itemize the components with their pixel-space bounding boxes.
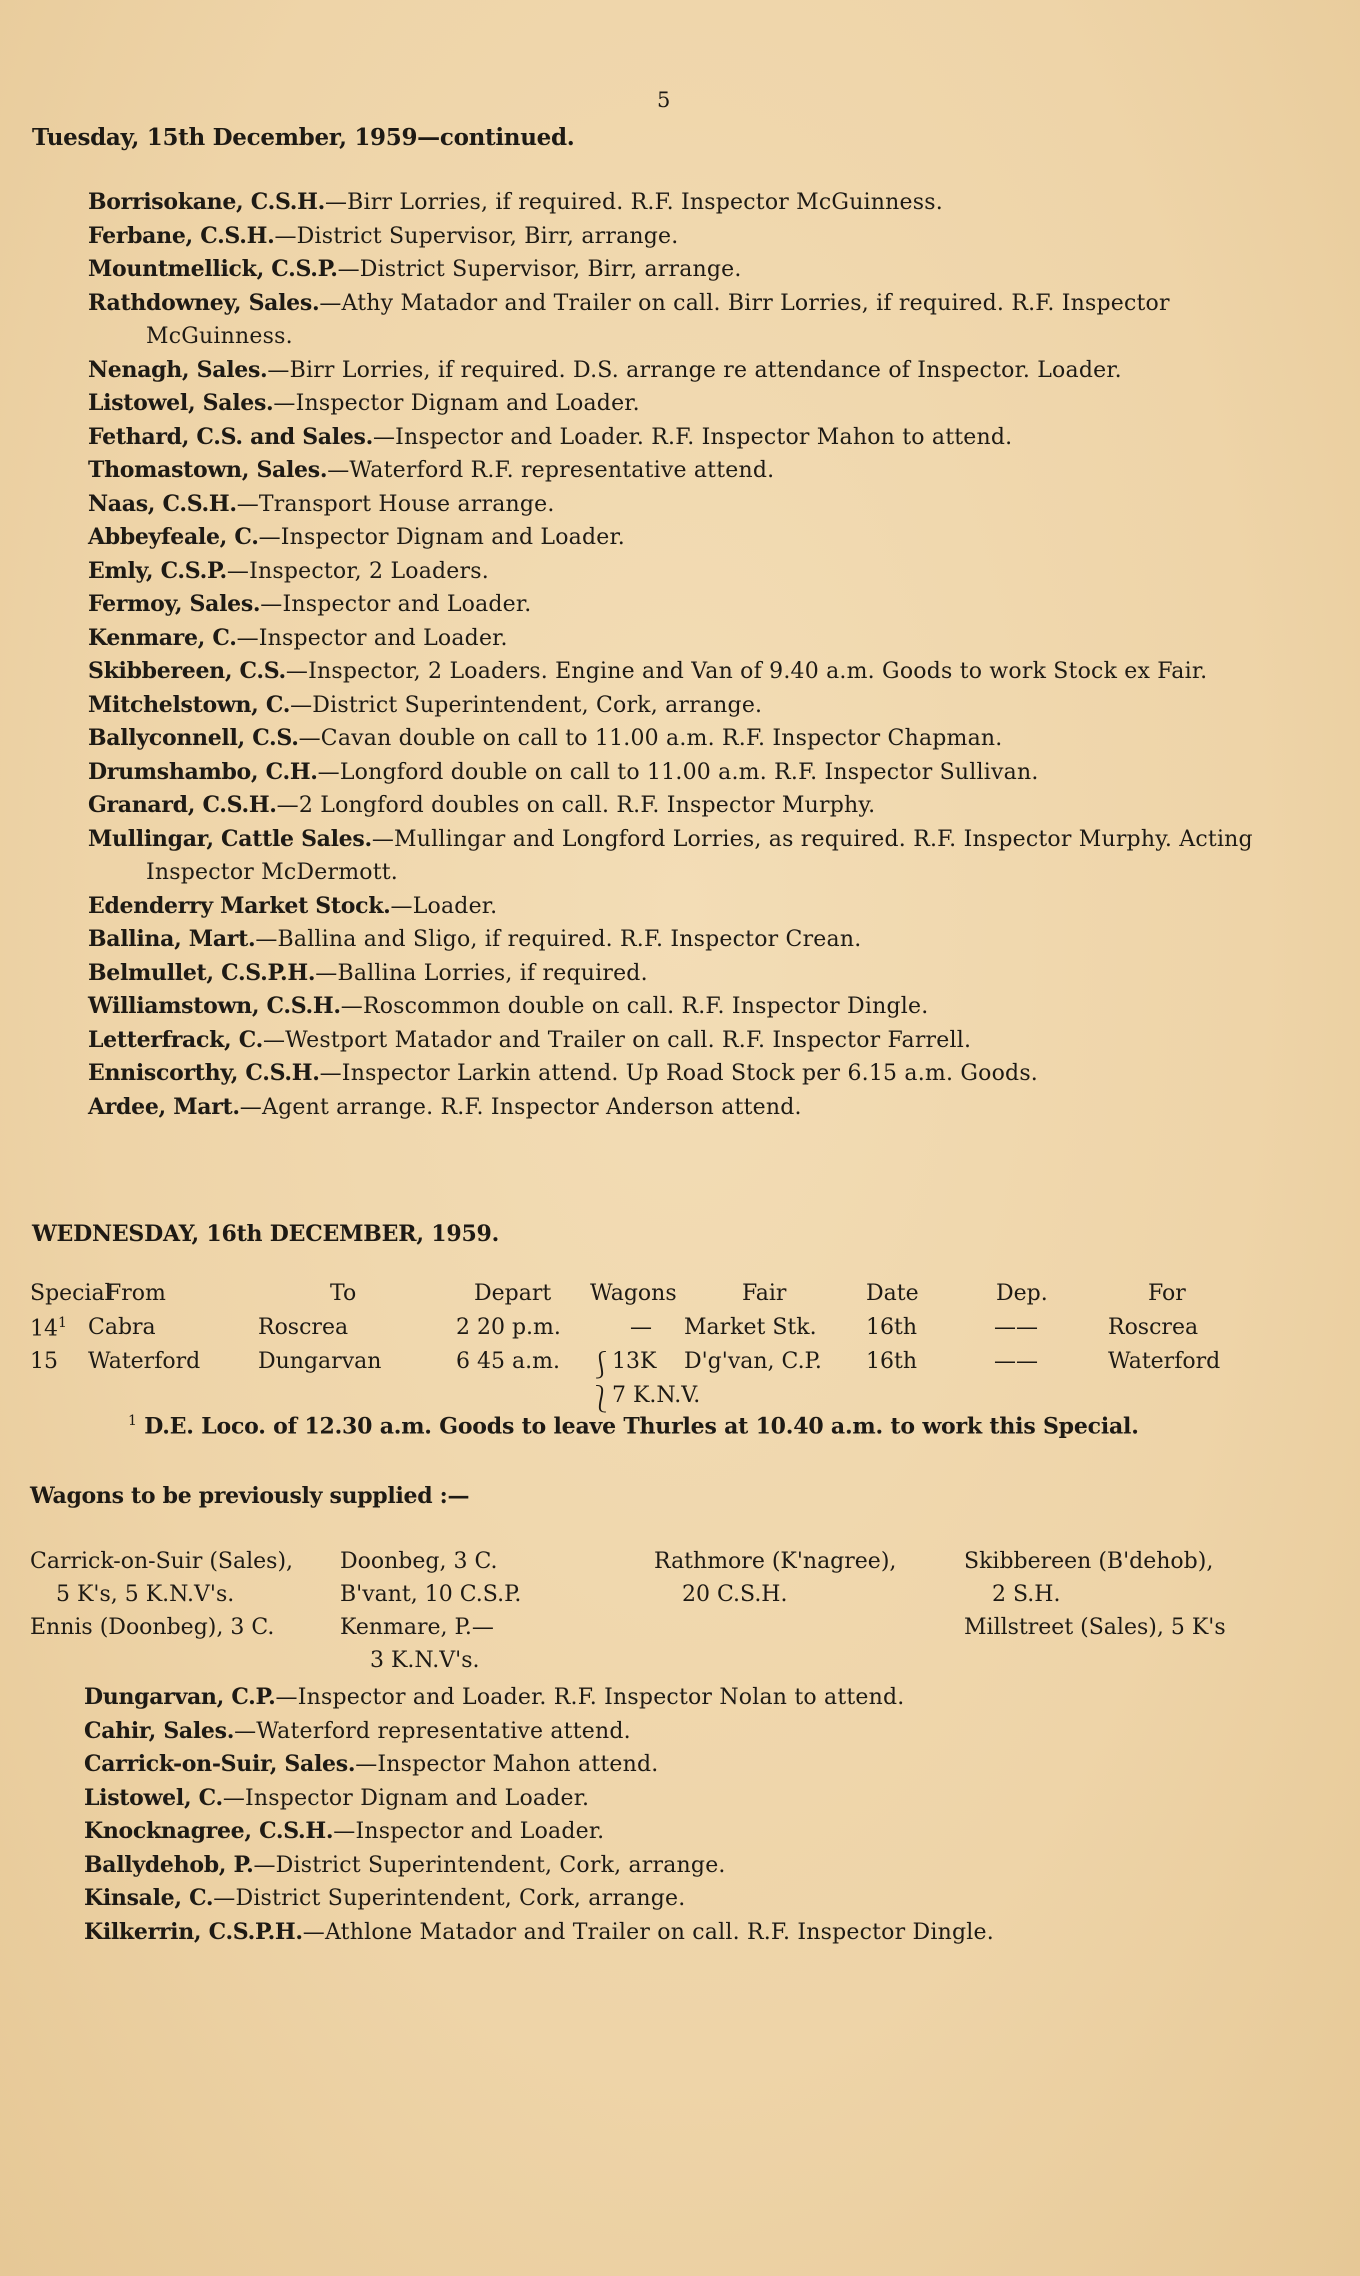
supply-item: 2 S.H.: [992, 1582, 1060, 1607]
list-item: Fermoy, Sales.—Inspector and Loader.: [88, 588, 1268, 622]
supply-item: Carrick-on-Suir (Sales),: [30, 1549, 293, 1574]
list-item: Williamstown, C.S.H.—Roscommon double on…: [88, 990, 1268, 1024]
col-header-dep: Dep.: [996, 1281, 1048, 1306]
col-header-for: For: [1148, 1281, 1186, 1306]
table-cell-wagons-2: 7 K.N.V.: [612, 1383, 700, 1408]
wagons-heading: Wagons to be previously supplied :—: [30, 1483, 469, 1509]
list-item: Fethard, C.S. and Sales.—Inspector and L…: [88, 421, 1268, 455]
col-header-to: To: [330, 1281, 356, 1306]
table-cell-wagons: 13K: [612, 1349, 656, 1374]
list-item: Cahir, Sales.—Waterford representative a…: [84, 1715, 1264, 1749]
table-cell-depart: 6 45 a.m.: [456, 1349, 560, 1374]
supply-item: Doonbeg, 3 C.: [340, 1549, 498, 1574]
table-cell-to: Roscrea: [258, 1315, 348, 1340]
list-item: Mitchelstown, C.—District Superintendent…: [88, 689, 1268, 723]
supply-item: 20 C.S.H.: [682, 1582, 788, 1607]
table-cell-fair: D'g'van, C.P.: [684, 1349, 822, 1374]
list-item: Mullingar, Cattle Sales.—Mullingar and L…: [88, 823, 1268, 890]
table-cell-for: Roscrea: [1108, 1315, 1198, 1340]
section-heading-tuesday: Tuesday, 15th December, 1959—continued.: [32, 124, 574, 151]
table-cell-from: Waterford: [88, 1349, 200, 1374]
table-cell-date: 16th: [866, 1349, 917, 1374]
list-item: Letterfrack, C.—Westport Matador and Tra…: [88, 1024, 1268, 1058]
list-item: Drumshambo, C.H.—Longford double on call…: [88, 756, 1268, 790]
table-cell-to: Dungarvan: [258, 1349, 381, 1374]
table-cell-special: 141: [30, 1315, 67, 1341]
supply-item: Kenmare, P.—: [340, 1615, 494, 1640]
supply-item: B'vant, 10 C.S.P.: [340, 1582, 521, 1607]
table-cell-special: 15: [30, 1349, 58, 1374]
table-cell-dep: ——: [994, 1315, 1038, 1340]
wednesday-entries: Dungarvan, C.P.—Inspector and Loader. R.…: [84, 1681, 1264, 1949]
list-item: Enniscorthy, C.S.H.—Inspector Larkin att…: [88, 1057, 1268, 1091]
list-item: Abbeyfeale, C.—Inspector Dignam and Load…: [88, 521, 1268, 555]
col-header-special: Special: [30, 1281, 112, 1306]
list-item: Ardee, Mart.—Agent arrange. R.F. Inspect…: [88, 1091, 1268, 1125]
list-item: Emly, C.S.P.—Inspector, 2 Loaders.: [88, 555, 1268, 589]
col-header-from: From: [106, 1281, 166, 1306]
list-item: Granard, C.S.H.—2 Longford doubles on ca…: [88, 789, 1268, 823]
list-item: Edenderry Market Stock.—Loader.: [88, 890, 1268, 924]
list-item: Naas, C.S.H.—Transport House arrange.: [88, 488, 1268, 522]
footnote: 1 D.E. Loco. of 12.30 a.m. Goods to leav…: [128, 1413, 1139, 1439]
section-heading-wednesday: WEDNESDAY, 16th DECEMBER, 1959.: [32, 1221, 499, 1247]
table-cell-fair: Market Stk.: [684, 1315, 817, 1340]
list-item: Thomastown, Sales.—Waterford R.F. repres…: [88, 454, 1268, 488]
col-header-date: Date: [866, 1281, 919, 1306]
col-header-fair: Fair: [742, 1281, 786, 1306]
tuesday-entries: Borrisokane, C.S.H.—Birr Lorries, if req…: [88, 186, 1268, 1124]
list-item: Rathdowney, Sales.—Athy Matador and Trai…: [88, 287, 1268, 354]
brace-icon: ⎱: [588, 1379, 614, 1416]
document-page: 5 Tuesday, 15th December, 1959—continued…: [0, 0, 1360, 2276]
list-item: Belmullet, C.S.P.H.—Ballina Lorries, if …: [88, 957, 1268, 991]
page-number: 5: [657, 88, 670, 112]
list-item: Skibbereen, C.S.—Inspector, 2 Loaders. E…: [88, 655, 1268, 689]
supply-item: Ennis (Doonbeg), 3 C.: [30, 1615, 274, 1640]
list-item: Mountmellick, C.S.P.—District Supervisor…: [88, 253, 1268, 287]
list-item: Dungarvan, C.P.—Inspector and Loader. R.…: [84, 1681, 1264, 1715]
list-item: Kilkerrin, C.S.P.H.—Athlone Matador and …: [84, 1916, 1264, 1950]
table-cell-for: Waterford: [1108, 1349, 1220, 1374]
list-item: Nenagh, Sales.—Birr Lorries, if required…: [88, 354, 1268, 388]
supply-item: Skibbereen (B'dehob),: [964, 1549, 1213, 1574]
table-cell-depart: 2 20 p.m.: [456, 1315, 561, 1340]
list-item: Kenmare, C.—Inspector and Loader.: [88, 622, 1268, 656]
supply-item: 3 K.N.V's.: [370, 1648, 479, 1673]
table-cell-dep: ——: [994, 1349, 1038, 1374]
col-header-wagons: Wagons: [590, 1281, 677, 1306]
table-cell-from: Cabra: [88, 1315, 156, 1340]
brace-icon: ⎰: [588, 1345, 614, 1382]
list-item: Carrick-on-Suir, Sales.—Inspector Mahon …: [84, 1748, 1264, 1782]
list-item: Kinsale, C.—District Superintendent, Cor…: [84, 1882, 1264, 1916]
supply-item: Rathmore (K'nagree),: [654, 1549, 896, 1574]
list-item: Ballyconnell, C.S.—Cavan double on call …: [88, 722, 1268, 756]
list-item: Knocknagree, C.S.H.—Inspector and Loader…: [84, 1815, 1264, 1849]
supply-item: Millstreet (Sales), 5 K's: [964, 1615, 1226, 1640]
table-cell-wagons: —: [630, 1315, 652, 1340]
list-item: Ballina, Mart.—Ballina and Sligo, if req…: [88, 923, 1268, 957]
col-header-depart: Depart: [474, 1281, 551, 1306]
list-item: Ballydehob, P.—District Superintendent, …: [84, 1849, 1264, 1883]
list-item: Listowel, Sales.—Inspector Dignam and Lo…: [88, 387, 1268, 421]
table-cell-date: 16th: [866, 1315, 917, 1340]
supply-item: 5 K's, 5 K.N.V's.: [56, 1582, 234, 1607]
list-item: Ferbane, C.S.H.—District Supervisor, Bir…: [88, 220, 1268, 254]
list-item: Listowel, C.—Inspector Dignam and Loader…: [84, 1782, 1264, 1816]
list-item: Borrisokane, C.S.H.—Birr Lorries, if req…: [88, 186, 1268, 220]
